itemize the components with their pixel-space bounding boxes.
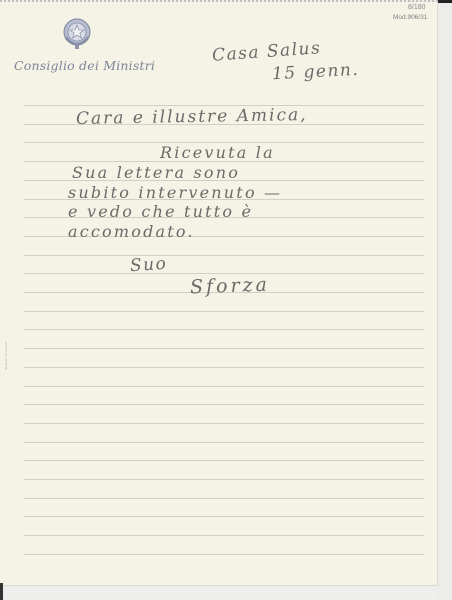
margin-printer-text: tipografia ministeriale [4,300,8,370]
salutation: Cara e illustre Amica, [76,105,308,129]
ruled-line [24,386,424,387]
ruled-line [24,273,424,274]
ruled-line [24,516,424,517]
closing: Suo [129,254,168,277]
body-line: Sua lettera sono [72,163,240,182]
reference-number: 8/180 [408,4,426,11]
ruled-line [24,442,424,443]
ruled-line [24,348,424,349]
signature: Sforza [190,274,271,299]
body-line: Ricevuta la [160,143,275,162]
ruled-line [24,535,424,536]
ruled-line [24,329,424,330]
form-code: Mod.906/31 [393,14,427,21]
body-line: e vedo che tutto è [68,202,253,221]
ruled-line [24,460,424,461]
scan-corner-shadow-bottom [0,583,3,600]
ruled-line [24,404,424,405]
ruled-line [24,311,424,312]
ruled-line [24,367,424,368]
ruled-line [24,498,424,499]
body-line: subito intervenuto — [68,183,282,202]
italian-republic-emblem-icon [62,17,92,51]
ruled-line [24,554,424,555]
ruled-line [24,255,424,256]
letterhead-institution: Consiglio dei Ministri [14,58,155,73]
body-line: accomodato. [68,222,195,241]
ruled-line [24,479,424,480]
scan-background-margin [437,3,452,600]
ruled-line [24,423,424,424]
